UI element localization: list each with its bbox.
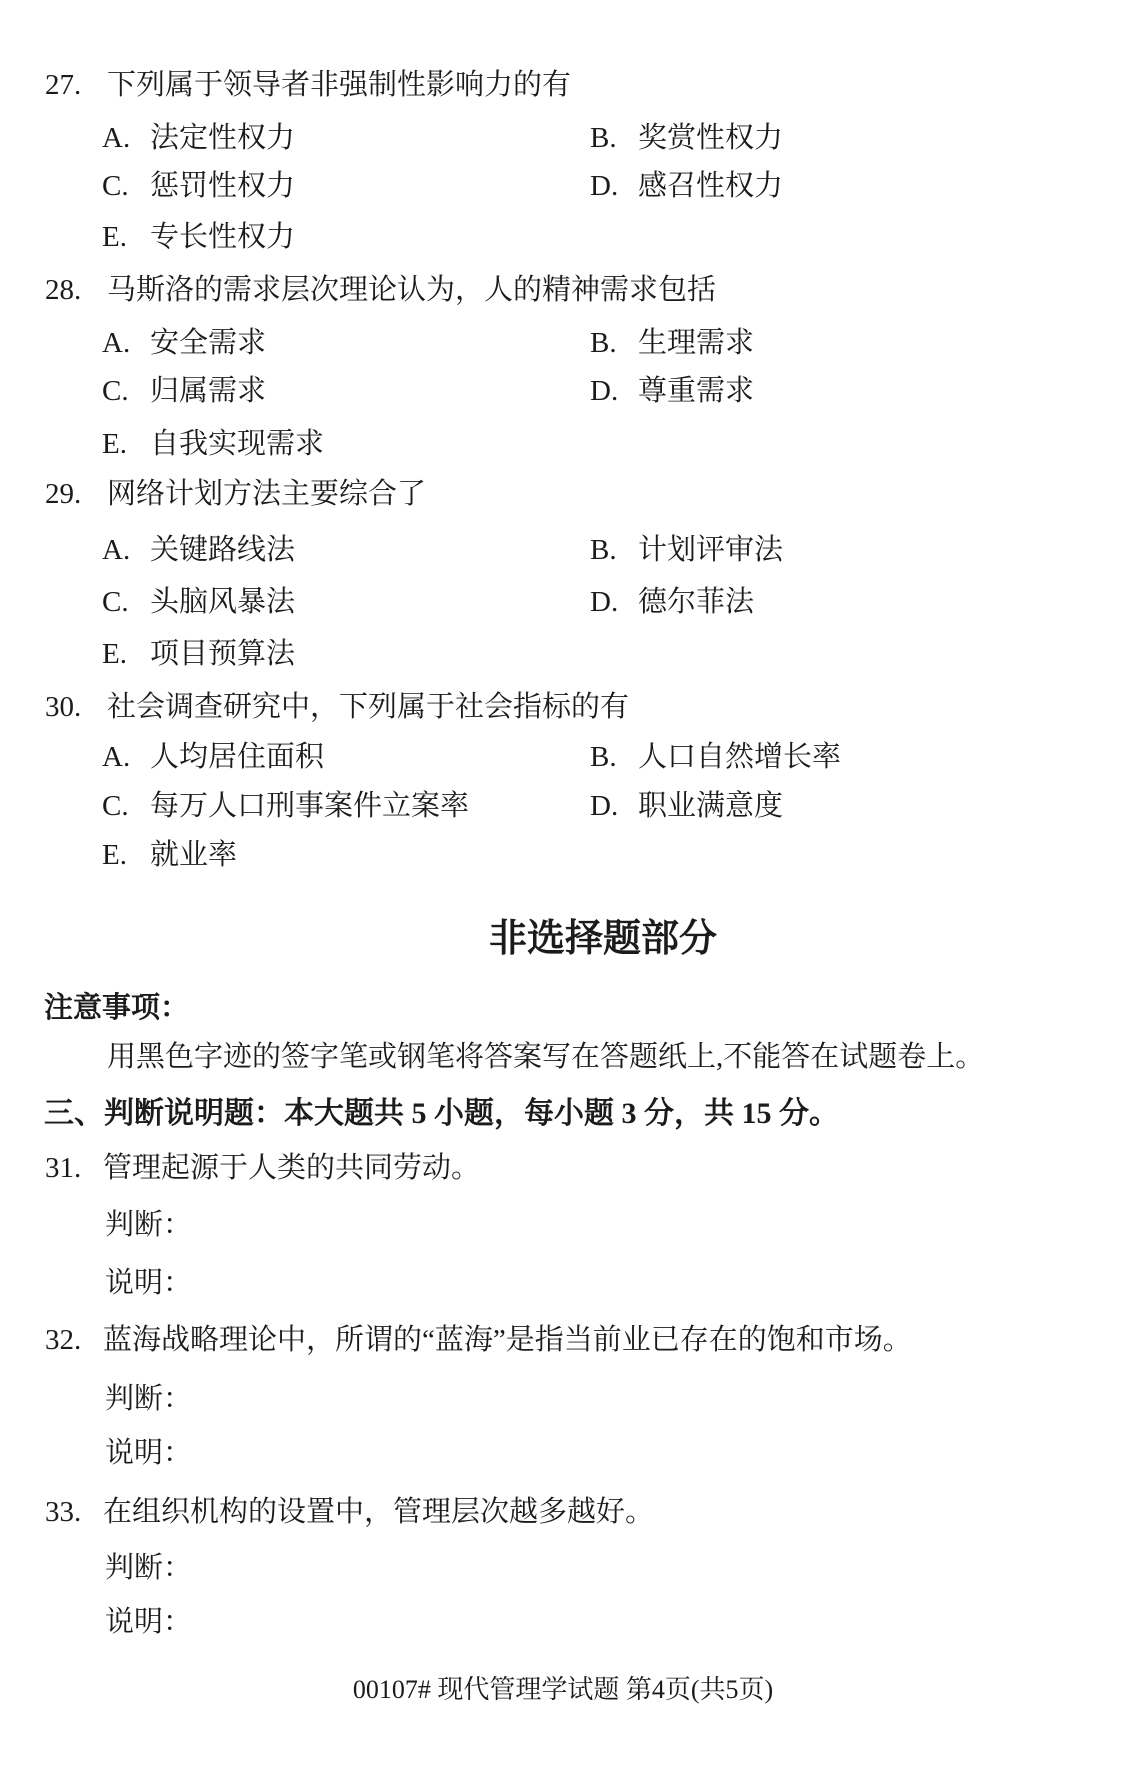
option-30-A-letter: A.: [102, 743, 150, 772]
option-27-E: E. 专长性权力: [102, 223, 295, 252]
question-29-text: 网络计划方法主要综合了: [107, 480, 426, 509]
option-28-B-text: 生理需求: [638, 329, 754, 358]
option-29-B: B. 计划评审法: [590, 536, 783, 565]
question-27-option-e: E. 专长性权力: [102, 212, 295, 262]
explain-label-33: 说明：: [105, 1597, 192, 1647]
question-32-text: 蓝海战略理论中，所谓的“蓝海”是指当前业已存在的饱和市场。: [103, 1326, 912, 1355]
explain-label-31: 说明：: [105, 1258, 192, 1308]
option-28-C-text: 归属需求: [150, 377, 266, 406]
question-27-options-cd: C. 惩罚性权力 D. 感召性权力: [102, 161, 783, 211]
question-32: 32. 蓝海战略理论中，所谓的“蓝海”是指当前业已存在的饱和市场。: [45, 1315, 912, 1365]
option-28-E: E. 自我实现需求: [102, 430, 324, 459]
judge-label-31: 判断：: [105, 1200, 192, 1250]
question-29-options-cd: C. 头脑风暴法 D. 德尔菲法: [102, 577, 754, 627]
explain-label-32: 说明：: [105, 1428, 192, 1478]
option-30-B-text: 人口自然增长率: [638, 743, 841, 772]
option-28-A-text: 安全需求: [150, 329, 266, 358]
option-27-E-letter: E.: [102, 223, 150, 252]
question-30-options-ab: A. 人均居住面积 B. 人口自然增长率: [102, 732, 841, 782]
question-32-number: 32.: [45, 1326, 103, 1355]
question-29-option-e: E. 项目预算法: [102, 629, 295, 679]
question-31-number: 31.: [45, 1154, 103, 1183]
question-28-number: 28.: [45, 276, 107, 305]
question-30-number: 30.: [45, 693, 107, 722]
option-28-E-text: 自我实现需求: [150, 430, 324, 459]
question-28-text: 马斯洛的需求层次理论认为，人的精神需求包括: [107, 276, 716, 305]
question-33-number: 33.: [45, 1498, 103, 1527]
judge-label-32: 判断：: [105, 1374, 192, 1424]
option-27-A: A. 法定性权力: [102, 124, 590, 153]
question-31: 31. 管理起源于人类的共同劳动。: [45, 1143, 480, 1193]
question-30-text: 社会调查研究中，下列属于社会指标的有: [107, 693, 629, 722]
option-29-C-text: 头脑风暴法: [150, 588, 295, 617]
notice-heading: 注意事项：: [44, 983, 189, 1033]
option-27-D-letter: D.: [590, 172, 638, 201]
question-28-options-ab: A. 安全需求 B. 生理需求: [102, 318, 754, 368]
option-28-D-letter: D.: [590, 377, 638, 406]
option-29-E: E. 项目预算法: [102, 640, 295, 669]
option-29-D-text: 德尔菲法: [638, 588, 754, 617]
option-29-B-letter: B.: [590, 536, 638, 565]
question-31-text: 管理起源于人类的共同劳动。: [103, 1154, 480, 1183]
option-28-D-text: 尊重需求: [638, 377, 754, 406]
option-30-E-text: 就业率: [150, 841, 237, 870]
option-28-B: B. 生理需求: [590, 329, 754, 358]
option-30-E: E. 就业率: [102, 841, 237, 870]
option-30-E-letter: E.: [102, 841, 150, 870]
option-27-B-text: 奖赏性权力: [638, 124, 783, 153]
question-30: 30. 社会调查研究中，下列属于社会指标的有: [45, 682, 629, 732]
option-30-D-letter: D.: [590, 792, 638, 821]
option-27-B: B. 奖赏性权力: [590, 124, 783, 153]
option-28-A-letter: A.: [102, 329, 150, 358]
section-title: 非选择题部分: [0, 909, 1126, 969]
option-29-D-letter: D.: [590, 588, 638, 617]
option-30-A-text: 人均居住面积: [150, 743, 324, 772]
question-28-options-cd: C. 归属需求 D. 尊重需求: [102, 366, 754, 416]
option-30-D-text: 职业满意度: [638, 792, 783, 821]
judge-label-33: 判断：: [105, 1543, 192, 1593]
option-29-D: D. 德尔菲法: [590, 588, 754, 617]
option-27-A-text: 法定性权力: [150, 124, 295, 153]
question-28: 28. 马斯洛的需求层次理论认为，人的精神需求包括: [45, 265, 716, 315]
option-29-A: A. 关键路线法: [102, 536, 590, 565]
option-27-D-text: 感召性权力: [638, 172, 783, 201]
question-30-option-e: E. 就业率: [102, 830, 237, 880]
question-27-options-ab: A. 法定性权力 B. 奖赏性权力: [102, 113, 783, 163]
option-27-C: C. 惩罚性权力: [102, 172, 590, 201]
option-28-C: C. 归属需求: [102, 377, 590, 406]
option-27-C-text: 惩罚性权力: [150, 172, 295, 201]
option-27-D: D. 感召性权力: [590, 172, 783, 201]
question-27-text: 下列属于领导者非强制性影响力的有: [107, 71, 571, 100]
question-29-options-ab: A. 关键路线法 B. 计划评审法: [102, 525, 783, 575]
option-29-E-text: 项目预算法: [150, 640, 295, 669]
option-30-C-text: 每万人口刑事案件立案率: [150, 792, 469, 821]
question-27: 27. 下列属于领导者非强制性影响力的有: [45, 60, 571, 110]
option-27-A-letter: A.: [102, 124, 150, 153]
option-30-B-letter: B.: [590, 743, 638, 772]
question-33-text: 在组织机构的设置中，管理层次越多越好。: [103, 1498, 654, 1527]
exam-paper-page: 27. 下列属于领导者非强制性影响力的有 A. 法定性权力 B. 奖赏性权力 C…: [0, 0, 1126, 1776]
option-28-B-letter: B.: [590, 329, 638, 358]
option-29-A-text: 关键路线法: [150, 536, 295, 565]
option-27-E-text: 专长性权力: [150, 223, 295, 252]
option-28-E-letter: E.: [102, 430, 150, 459]
question-29: 29. 网络计划方法主要综合了: [45, 469, 426, 519]
option-30-C-letter: C.: [102, 792, 150, 821]
option-28-D: D. 尊重需求: [590, 377, 754, 406]
question-27-number: 27.: [45, 71, 107, 100]
option-29-E-letter: E.: [102, 640, 150, 669]
option-29-B-text: 计划评审法: [638, 536, 783, 565]
option-30-D: D. 职业满意度: [590, 792, 783, 821]
option-29-A-letter: A.: [102, 536, 150, 565]
page-footer: 00107# 现代管理学试题 第4页(共5页): [0, 1665, 1126, 1715]
option-29-C-letter: C.: [102, 588, 150, 617]
option-30-C: C. 每万人口刑事案件立案率: [102, 792, 590, 821]
option-27-B-letter: B.: [590, 124, 638, 153]
option-29-C: C. 头脑风暴法: [102, 588, 590, 617]
option-28-C-letter: C.: [102, 377, 150, 406]
notice-body: 用黑色字迹的签字笔或钢笔将答案写在答题纸上,不能答在试题卷上。: [107, 1032, 984, 1082]
option-27-C-letter: C.: [102, 172, 150, 201]
option-30-B: B. 人口自然增长率: [590, 743, 841, 772]
part3-heading: 三、判断说明题：本大题共 5 小题，每小题 3 分，共 15 分。: [44, 1089, 839, 1139]
option-30-A: A. 人均居住面积: [102, 743, 590, 772]
option-28-A: A. 安全需求: [102, 329, 590, 358]
question-29-number: 29.: [45, 480, 107, 509]
question-33: 33. 在组织机构的设置中，管理层次越多越好。: [45, 1487, 654, 1537]
question-28-option-e: E. 自我实现需求: [102, 419, 324, 469]
question-30-options-cd: C. 每万人口刑事案件立案率 D. 职业满意度: [102, 781, 783, 831]
